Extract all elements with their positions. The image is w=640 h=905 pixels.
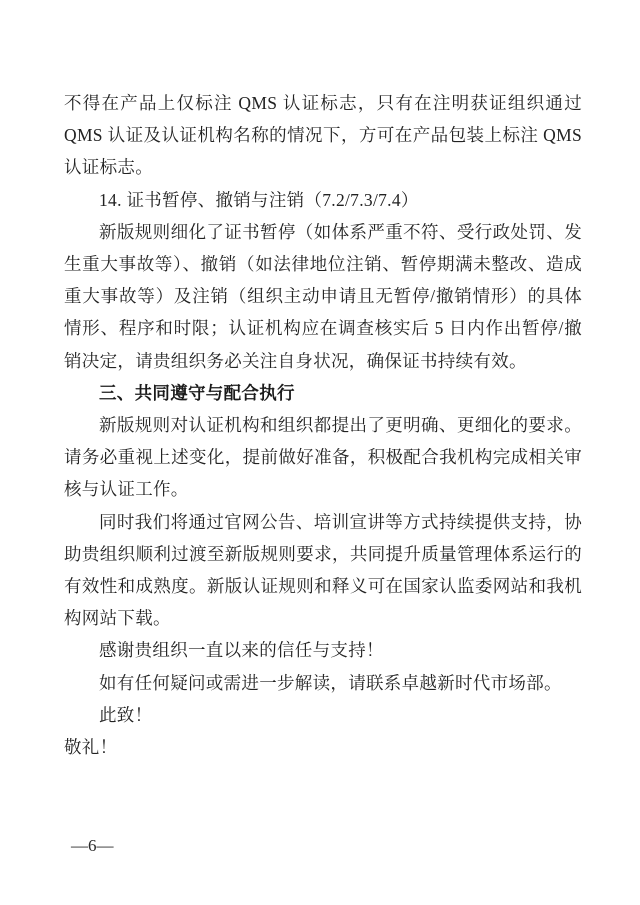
document-page: 不得在产品上仅标注 QMS 认证标志，只有在注明获证组织通过 QMS 认证及认证…	[0, 0, 640, 905]
paragraph-thanks: 感谢贵组织一直以来的信任与支持！	[64, 634, 582, 666]
section-3-heading: 三、共同遵守与配合执行	[64, 377, 582, 409]
paragraph-support-and-transition: 同时我们将通过官网公告、培训宣讲等方式持续提供支持，协助贵组织顺利过渡至新版规则…	[64, 506, 582, 635]
paragraph-qms-mark-usage-continuation: 不得在产品上仅标注 QMS 认证标志，只有在注明获证组织通过 QMS 认证及认证…	[64, 87, 582, 184]
clause-14-title: 14. 证书暂停、撤销与注销（7.2/7.3/7.4）	[64, 184, 582, 216]
closing-cizhi: 此致！	[64, 699, 582, 731]
paragraph-contact-info: 如有任何疑问或需进一步解读，请联系卓越新时代市场部。	[64, 667, 582, 699]
paragraph-new-rules-requirements: 新版规则对认证机构和组织都提出了更明确、更细化的要求。请务必重视上述变化，提前做…	[64, 409, 582, 506]
page-number: —6—	[71, 835, 114, 857]
paragraph-certificate-suspension-details: 新版规则细化了证书暂停（如体系严重不符、受行政处罚、发生重大事故等）、撤销（如法…	[64, 216, 582, 377]
document-body: 不得在产品上仅标注 QMS 认证标志，只有在注明获证组织通过 QMS 认证及认证…	[64, 87, 582, 763]
closing-jingli: 敬礼！	[64, 731, 582, 763]
